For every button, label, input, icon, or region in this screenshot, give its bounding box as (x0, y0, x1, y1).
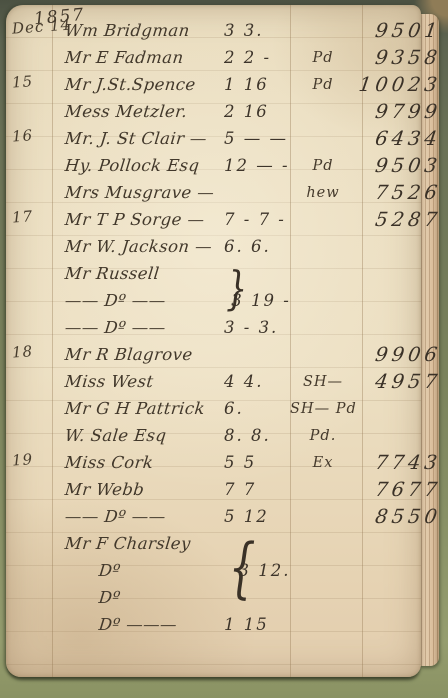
ledger-row: Mr W. Jackson —6. 6. (6, 233, 448, 260)
entry-name: Miss Cork (64, 453, 223, 472)
entry-reference: 10023 (354, 73, 448, 96)
entry-date (6, 186, 65, 190)
entry-note: SH— Pd (290, 401, 356, 417)
ledger-row: Dº ———1 15 (6, 611, 448, 638)
entry-name: W. Sale Esq (64, 426, 223, 445)
entry-date (6, 537, 65, 541)
ledger-row: 17Mr T P Sorge —7 - 7 -5287 (6, 206, 448, 233)
entry-note: hew (290, 185, 356, 201)
entry-name: —— Dº —— (64, 318, 223, 337)
entry-date: 15 (5, 69, 65, 91)
entry-name: Wm Bridgman (64, 21, 223, 40)
entry-date (6, 429, 65, 433)
ledger-row: Dº (6, 584, 448, 611)
entry-reference: 9906 (354, 343, 448, 366)
entry-name: Mr J.St.Spence (64, 75, 223, 94)
entry-note: Pd (290, 77, 356, 93)
entry-name: —— Dº —— (64, 291, 223, 310)
entry-amount: 5 5 (222, 453, 290, 472)
entry-amount: 5 12 (222, 507, 290, 526)
entry-date: 18 (5, 339, 65, 361)
entry-note: Pd (290, 158, 356, 174)
ledger-row: 15Mr J.St.Spence1 16Pd10023 (6, 71, 448, 98)
ledger-row: Miss West4 4.SH—4957 (6, 368, 448, 395)
entry-amount: 1 15 (222, 615, 290, 634)
ledger-row: Mr G H Pattrick6.SH— Pd (6, 395, 448, 422)
scanned-ledger-screenshot: 1857 Dec 14Wm Bridgman3 3.9501Mr E Fadma… (0, 0, 448, 698)
entry-name: Mrs Musgrave — (64, 183, 223, 202)
entry-reference: 7677 (354, 478, 448, 501)
entry-name: Mr G H Pattrick (64, 399, 223, 418)
entry-date (6, 51, 65, 55)
entry-date (6, 618, 65, 622)
entry-note: Ex (290, 455, 356, 471)
entry-date (6, 591, 65, 595)
ledger-page: 1857 Dec 14Wm Bridgman3 3.9501Mr E Fadma… (6, 5, 421, 677)
entry-reference: 6434 (354, 127, 448, 150)
entry-name: Mr E Fadman (64, 48, 223, 67)
entry-date (6, 105, 65, 109)
entry-note: Pd (290, 50, 356, 66)
entry-date: Dec 14 (5, 15, 65, 37)
entry-date (6, 510, 65, 514)
entry-amount: 12 — - (222, 156, 290, 175)
entry-amount: 4 4. (222, 372, 290, 391)
ledger-row: Dec 14Wm Bridgman3 3.9501 (6, 17, 448, 44)
ledger-row: W. Sale Esq8. 8.Pd. (6, 422, 448, 449)
entry-name: Miss West (64, 372, 223, 391)
ledger-row: Hy. Pollock Esq12 — -Pd9503 (6, 152, 448, 179)
entry-date: 16 (5, 123, 65, 145)
entry-amount: 6. (222, 399, 290, 418)
ledger-row: Dº 3 12. (6, 557, 448, 584)
ledger-row: 18Mr R Blagrove9906 (6, 341, 448, 368)
entry-reference: 8550 (354, 505, 448, 528)
entry-name: Hy. Pollock Esq (64, 156, 223, 175)
entry-date (6, 240, 65, 244)
entry-name: Mr R Blagrove (64, 345, 223, 364)
entry-date (6, 375, 65, 379)
entry-name: —— Dº —— (64, 507, 223, 526)
entry-amount: 3 - 3. (222, 318, 290, 337)
entry-reference: 7743 (354, 451, 448, 474)
entry-date (6, 483, 65, 487)
entry-reference: 5287 (354, 208, 448, 231)
entry-amount: 3 3. (222, 21, 290, 40)
ledger-row: 19Miss Cork5 5Ex7743 (6, 449, 448, 476)
entry-date (6, 159, 65, 163)
entry-name: Mess Metzler. (64, 102, 223, 121)
entry-amount: 5 — — (222, 129, 290, 148)
ledger-row: 16Mr. J. St Clair —5 — —6434 (6, 125, 448, 152)
ledger-rows: Dec 14Wm Bridgman3 3.9501Mr E Fadman2 2 … (6, 5, 448, 677)
entry-name: Mr Webb (64, 480, 223, 499)
entry-date (6, 267, 65, 271)
entry-date: 17 (5, 204, 65, 226)
ledger-row: —— Dº ——5 128550 (6, 503, 448, 530)
entry-reference: 7526 (354, 181, 448, 204)
entry-reference: 9358 (354, 46, 448, 69)
entry-amount: 6. 6. (222, 237, 290, 256)
entry-name: Dº (64, 588, 223, 607)
entry-date (6, 564, 65, 568)
entry-note: SH— (290, 374, 356, 390)
ledger-row: Mess Metzler.2 169799 (6, 98, 448, 125)
entry-date (6, 321, 65, 325)
charsley-group-brace: { (228, 528, 256, 606)
entry-note: Pd. (290, 428, 356, 444)
entry-amount: 2 16 (222, 102, 290, 121)
ledger-row: Mr Webb7 77677 (6, 476, 448, 503)
entry-amount: 7 7 (222, 480, 290, 499)
entry-name: Mr T P Sorge — (64, 210, 223, 229)
entry-date (6, 294, 65, 298)
entry-reference: 4957 (354, 370, 448, 393)
entry-reference: 9503 (354, 154, 448, 177)
entry-reference: 9501 (354, 19, 448, 42)
entry-amount: 2 2 - (222, 48, 290, 67)
ledger-row: Mr F Charsley (6, 530, 448, 557)
entry-date: 19 (5, 447, 65, 469)
entry-name: Mr F Charsley (64, 534, 223, 553)
entry-name: Dº ——— (64, 615, 223, 634)
entry-amount: 8. 8. (222, 426, 290, 445)
entry-name: Mr Russell (64, 264, 223, 283)
ledger-row: Mr E Fadman2 2 -Pd9358 (6, 44, 448, 71)
russell-group-brace: } (226, 261, 247, 315)
ledger-row: Mrs Musgrave —hew7526 (6, 179, 448, 206)
entry-amount: 1 16 (222, 75, 290, 94)
entry-name: Dº (64, 561, 223, 580)
entry-date (6, 402, 65, 406)
entry-name: Mr W. Jackson — (64, 237, 223, 256)
entry-name: Mr. J. St Clair — (64, 129, 223, 148)
ledger-row: —— Dº ——3 - 3. (6, 314, 448, 341)
entry-reference: 9799 (354, 100, 448, 123)
entry-amount: 7 - 7 - (222, 210, 290, 229)
